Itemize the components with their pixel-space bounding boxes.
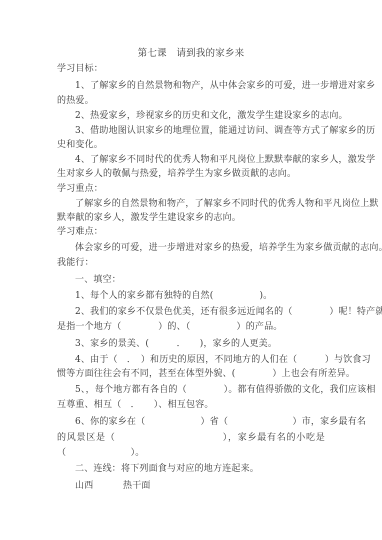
lesson-title: 第七课 请到我的家乡来 xyxy=(0,48,382,59)
fill-blank-6-line2: 的风景区是（ ），家乡最有名的小吃是 xyxy=(57,433,325,444)
fill-blank-2-line1: 2、我们的家乡不仅景色优美，还有很多远近闻名的（ ）呢！特产就 xyxy=(75,307,325,318)
objectives-heading: 学习目标： xyxy=(57,64,325,75)
document-page: 第七课 请到我的家乡来 学习目标： 1、了解家乡的自然景物和物产，从中体会家乡的… xyxy=(0,0,382,540)
fill-blank-heading: 一、填空： xyxy=(75,275,325,286)
practice-heading: 我能行： xyxy=(57,258,325,269)
key-points-line1: 了解家乡的自然景物和物产，了解家乡不同时代的优秀人物和平凡岗位上默 xyxy=(75,199,325,210)
objective-2: 2、热爱家乡，珍视家乡的历史和文化，激发学生建设家乡的志向。 xyxy=(75,111,325,122)
objective-1-line1: 1、了解家乡的自然景物和物产，从中体会家乡的可爱，进一步增进对家乡 xyxy=(75,81,325,92)
fill-blank-5-line2: 互尊重、相互（ ． ）、相互包容。 xyxy=(57,400,325,411)
matching-heading: 二、连线：将下列面食与对应的地方连起来。 xyxy=(75,464,325,475)
objective-3-line1: 3、借助地图认识家乡的地理位置，能通过访问、调查等方式了解家乡的历 xyxy=(75,126,325,137)
objective-4-line1: 4、了解家乡不同时代的优秀人物和平凡岗位上默默奉献的家乡人，激发学 xyxy=(75,155,325,166)
fill-blank-4-line1: 4、由于（ ． ）和历史的原因，不同地方的人们在（ ）与饮食习 xyxy=(75,355,325,366)
objective-1-line2: 的热爱。 xyxy=(57,96,325,107)
fill-blank-6-line3: （ ）。 xyxy=(57,448,325,459)
objective-3-line2: 史和变化。 xyxy=(57,140,325,151)
fill-blank-1: 1、每个人的家乡都有独特的自然( )。 xyxy=(75,291,325,302)
fill-blank-2-line2: 是指一个地方（ ）的、（ ）的产品。 xyxy=(57,322,325,333)
fill-blank-5-line1: 5、，每个地方都有各自的（ ）。都有值得骄傲的文化，我们应该相 xyxy=(75,385,325,396)
difficulties-heading: 学习难点： xyxy=(57,227,325,238)
key-points-heading: 学习重点： xyxy=(57,184,325,195)
fill-blank-3: 3、家乡的景美、( ． )，家乡的人更美。 xyxy=(75,339,325,350)
fill-blank-4-line2: 惯等方面往往会有不同，甚至在体型外貌、( ）上也会有所差异。 xyxy=(57,369,325,380)
difficulties-text: 体会家乡的可爱，进一步增进对家乡的热爱，培养学生为家乡做贡献的志向。 xyxy=(75,243,325,254)
matching-food: 热干面 xyxy=(123,481,183,492)
key-points-line2: 默奉献的家乡人，激发学生建设家乡的志向。 xyxy=(57,213,325,224)
objective-4-line2: 生对家乡人的敬佩与热爱，培养学生为家乡做贡献的志向。 xyxy=(57,169,325,180)
matching-place: 山西 xyxy=(75,481,105,492)
fill-blank-6-line1: 6、你的家乡在（ ）省（ ）市，家乡最有名 xyxy=(75,417,325,428)
